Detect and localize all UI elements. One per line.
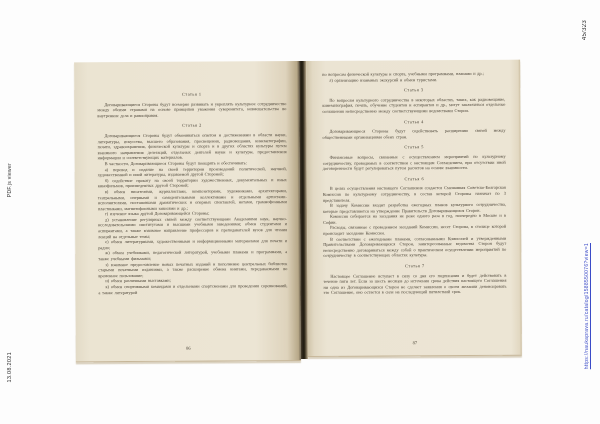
paragraph: В целях осуществления настоящего Соглаше… [323,185,506,203]
article-heading: Статья 6 [323,175,506,182]
paragraph: В соответствии с ежегодными планами, сог… [323,235,506,258]
paragraph: л) организацию взаимных экскурсий и обме… [322,76,505,83]
article-heading: Статья 4 [322,118,505,125]
page-left-text: Статья 1Договаривающиеся Стороны будут в… [97,91,287,295]
article-heading: Статья 1 [97,91,286,98]
paragraph: в) обмен писателями, журналистами, компо… [98,188,287,212]
print-header-date: 13.08.2021 [7,352,13,383]
article-heading: Статья 3 [322,87,505,94]
article-heading: Статья 2 [97,122,286,129]
page-right-text: по вопросам физической культуры и спорта… [322,71,506,296]
page-number-left: 86 [76,345,301,352]
book-page-right: по вопросам физической культуры и спорта… [306,60,522,357]
book-page-left: Статья 1Договаривающиеся Стороны будут в… [74,61,301,362]
paragraph: д) установление регулярных связей между … [98,216,287,240]
paragraph: Финансовые вопросы, связанные с осуществ… [323,154,506,172]
print-page-indicator: 45/323 [582,20,588,40]
paragraph: з) взаимное предоставление новых печатны… [98,261,287,279]
paragraph: Договаривающиеся Стороны будут содейство… [322,128,505,140]
paragraph: По вопросам культурного сотрудничества в… [322,97,505,115]
page-number-right: 87 [308,340,522,347]
paragraph: Договаривающиеся Стороны будут всемерно … [97,101,286,119]
print-header-title: PDF.js viewer [7,163,13,197]
paragraph: к) обмен спортивными командами и отдельн… [98,283,287,295]
article-heading: Статья 5 [323,144,506,151]
article-heading: Статья 7 [323,263,506,270]
paragraph: Договаривающиеся Стороны будут обмениват… [98,132,287,161]
paragraph: Настоящее Соглашение вступает в силу со … [323,272,506,295]
print-source-url: https://naukaprava.ru/catalog/1588550076… [584,243,590,369]
scanned-book-spread: Статья 1Договаривающиеся Стороны будут в… [74,60,522,363]
